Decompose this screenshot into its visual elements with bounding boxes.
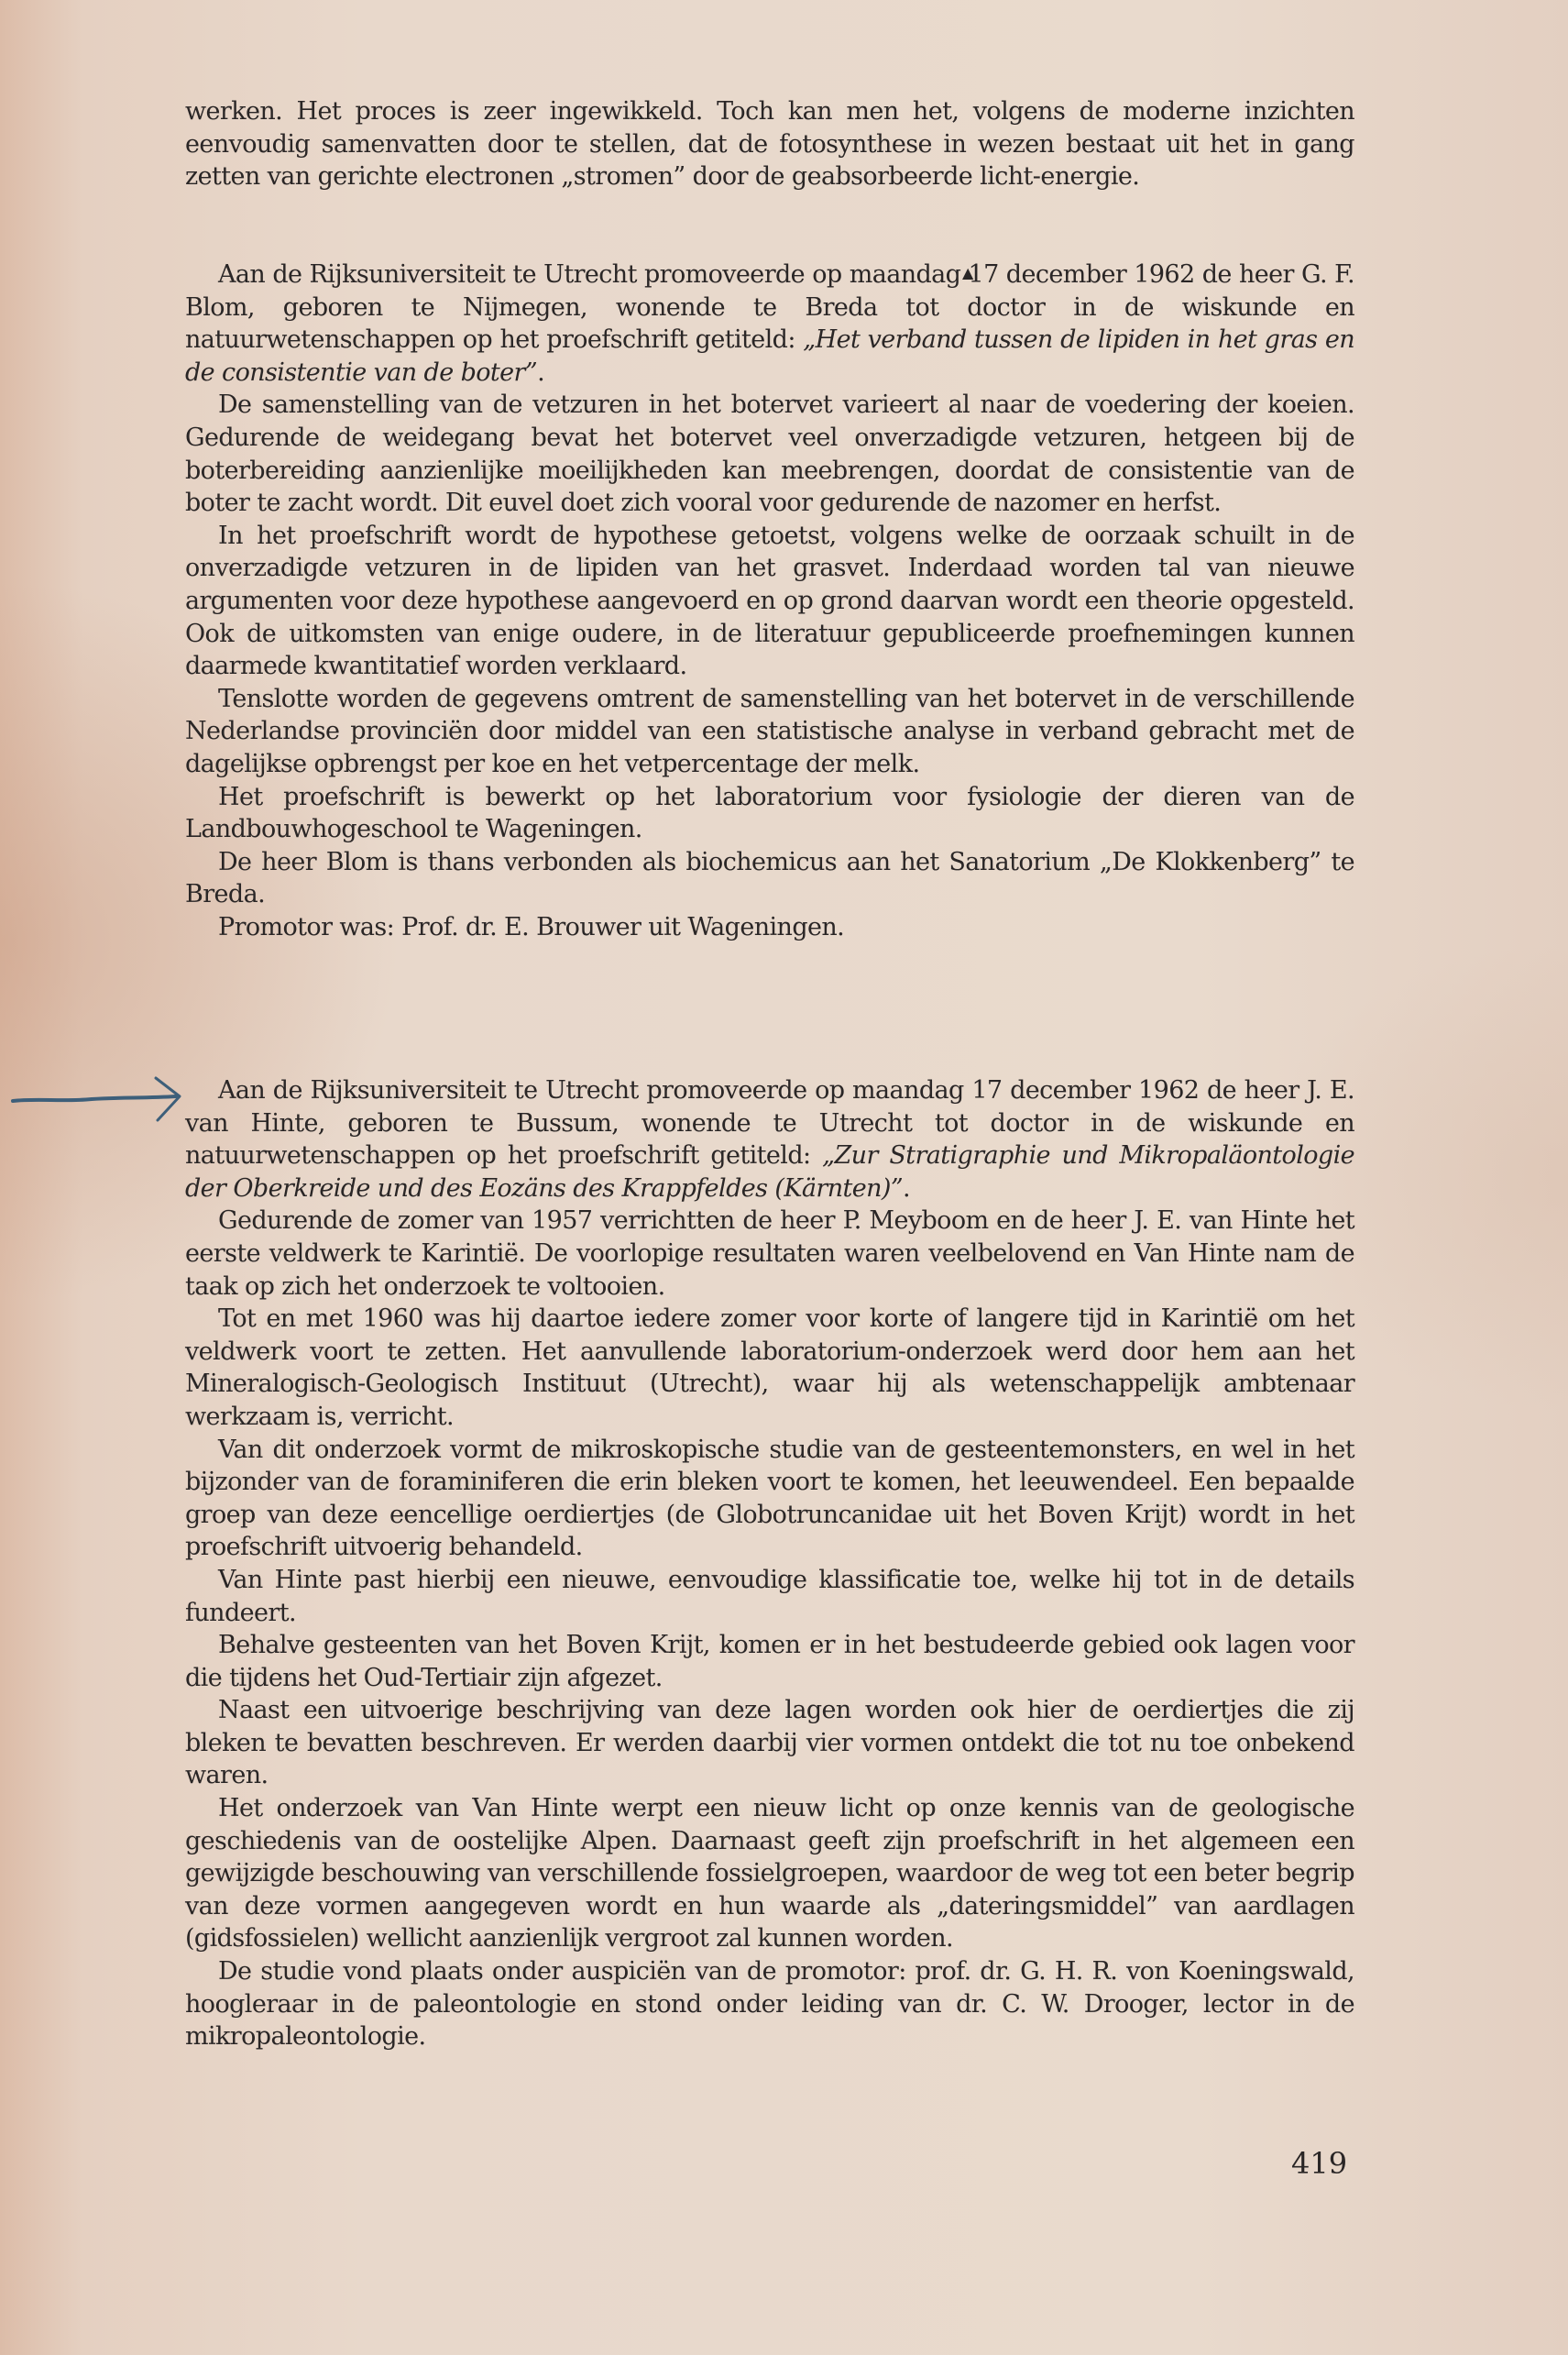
- blom-paragraph: De samenstelling van de vetzuren in het …: [185, 389, 1354, 519]
- blom-paragraph: Het proefschrift is bewerkt op het labor…: [185, 781, 1354, 846]
- blom-announcement: Aan de Rijksuniversiteit te Utrecht prom…: [185, 259, 1354, 389]
- blom-paragraph: In het proefschrift wordt de hypothese g…: [185, 520, 1354, 683]
- van-hinte-paragraph: Van Hinte past hierbij een nieuwe, eenvo…: [185, 1564, 1354, 1629]
- van-hinte-announcement: Aan de Rijksuniversiteit te Utrecht prom…: [185, 1074, 1354, 1205]
- blom-section: Aan de Rijksuniversiteit te Utrecht prom…: [185, 259, 1354, 943]
- van-hinte-paragraph: Naast een uitvoerige beschrijving van de…: [185, 1694, 1354, 1792]
- van-hinte-paragraph: Behalve gesteenten van het Boven Krijt, …: [185, 1629, 1354, 1694]
- handwritten-arrow-icon: [9, 1071, 183, 1126]
- intro-paragraph: werken. Het proces is zeer ingewikkeld. …: [185, 95, 1354, 193]
- van-hinte-promotor: De studie vond plaats onder auspiciën va…: [185, 1955, 1354, 2053]
- blom-paragraph: De heer Blom is thans verbonden als bioc…: [185, 846, 1354, 911]
- van-hinte-paragraph: Het onderzoek van Van Hinte werpt een ni…: [185, 1792, 1354, 1955]
- blom-promotor: Promotor was: Prof. dr. E. Brouwer uit W…: [185, 911, 1354, 944]
- page-number: 419: [1291, 2146, 1347, 2181]
- document-page: werken. Het proces is zeer ingewikkeld. …: [0, 0, 1568, 2355]
- van-hinte-paragraph: Tot en met 1960 was hij daartoe iedere z…: [185, 1303, 1354, 1433]
- van-hinte-paragraph: Van dit onderzoek vormt de mikroskopisch…: [185, 1434, 1354, 1564]
- blom-paragraph: Tenslotte worden de gegevens omtrent de …: [185, 683, 1354, 781]
- van-hinte-paragraph: Gedurende de zomer van 1957 verrichtten …: [185, 1205, 1354, 1303]
- intro-section: werken. Het proces is zeer ingewikkeld. …: [185, 95, 1354, 193]
- van-hinte-section: Aan de Rijksuniversiteit te Utrecht prom…: [185, 1074, 1354, 2053]
